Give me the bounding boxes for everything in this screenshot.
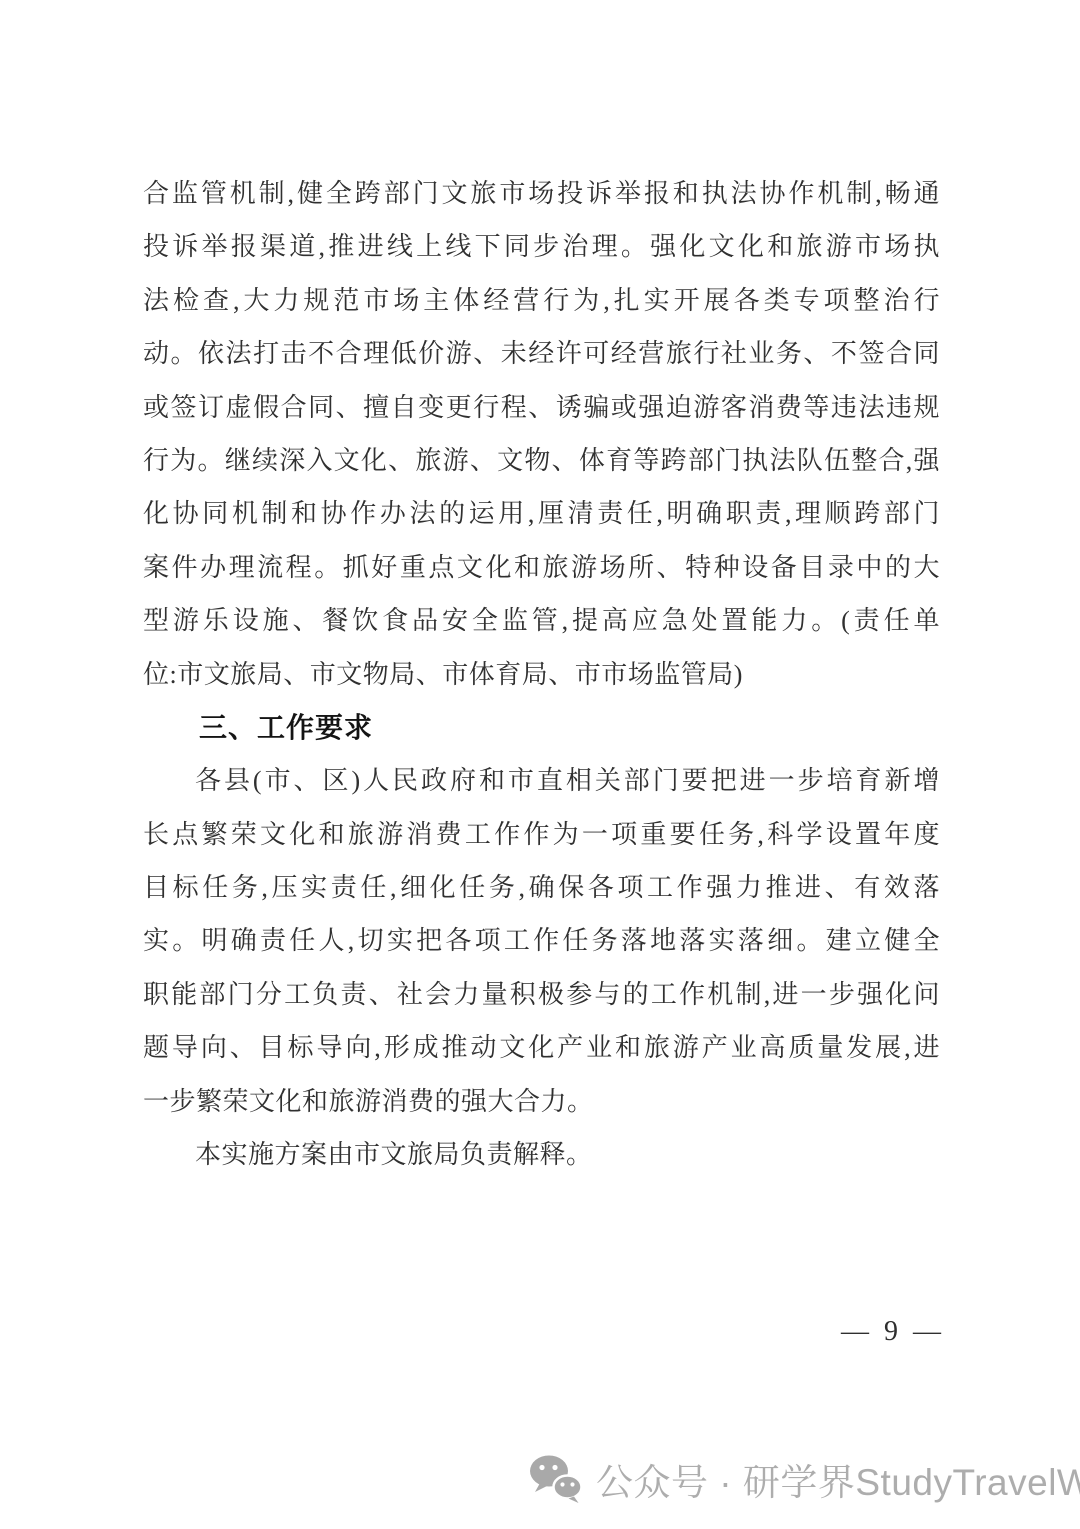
document-line: 动。依法打击不合理低价游、未经许可经营旅行社业务、不签合同 [143,327,940,380]
document-line: 长点繁荣文化和旅游消费工作作为一项重要任务,科学设置年度 [143,808,940,861]
document-page: 合监管机制,健全跨部门文旅市场投诉举报和执法协作机制,畅通 投诉举报渠道,推进线… [0,0,1080,1529]
document-line: 或签订虚假合同、擅自变更行程、诱骗或强迫游客消费等违法违规 [143,381,940,434]
wechat-icon [528,1454,584,1504]
document-line: 各县(市、区)人民政府和市直相关部门要把进一步培育新增 [143,754,940,807]
document-line: 实。明确责任人,切实把各项工作任务落地落实落细。建立健全 [143,914,940,967]
page-number: — 9 — [828,1312,958,1352]
document-line: 法检查,大力规范市场主体经营行为,扎实开展各类专项整治行 [143,274,940,327]
document-line: 合监管机制,健全跨部门文旅市场投诉举报和执法协作机制,畅通 [143,167,940,220]
document-line: 型游乐设施、餐饮食品安全监管,提高应急处置能力。(责任单 [143,594,940,647]
document-line: 投诉举报渠道,推进线上线下同步治理。强化文化和旅游市场执 [143,220,940,273]
document-line: 职能部门分工负责、社会力量积极参与的工作机制,进一步强化问 [143,968,940,1021]
document-line: 一步繁荣文化和旅游消费的强大合力。 [143,1075,940,1128]
document-line: 位:市文旅局、市文物局、市体育局、市市场监管局) [143,648,940,701]
document-line: 行为。继续深入文化、旅游、文物、体育等跨部门执法队伍整合,强 [143,434,940,487]
watermark: 公众号 · 研学界StudyTravelWorld [528,1452,1080,1506]
document-line: 目标任务,压实责任,细化任务,确保各项工作强力推进、有效落 [143,861,940,914]
section-heading: 三、工作要求 [143,701,940,754]
watermark-text: 公众号 · 研学界StudyTravelWorld [596,1452,1080,1506]
closing-line: 本实施方案由市文旅局负责解释。 [143,1128,940,1181]
document-line: 案件办理流程。抓好重点文化和旅游场所、特种设备目录中的大 [143,541,940,594]
document-body: 合监管机制,健全跨部门文旅市场投诉举报和执法协作机制,畅通 投诉举报渠道,推进线… [143,167,940,1181]
document-line: 题导向、目标导向,形成推动文化产业和旅游产业高质量发展,进 [143,1021,940,1074]
document-line: 化协同机制和协作办法的运用,厘清责任,明确职责,理顺跨部门 [143,487,940,540]
